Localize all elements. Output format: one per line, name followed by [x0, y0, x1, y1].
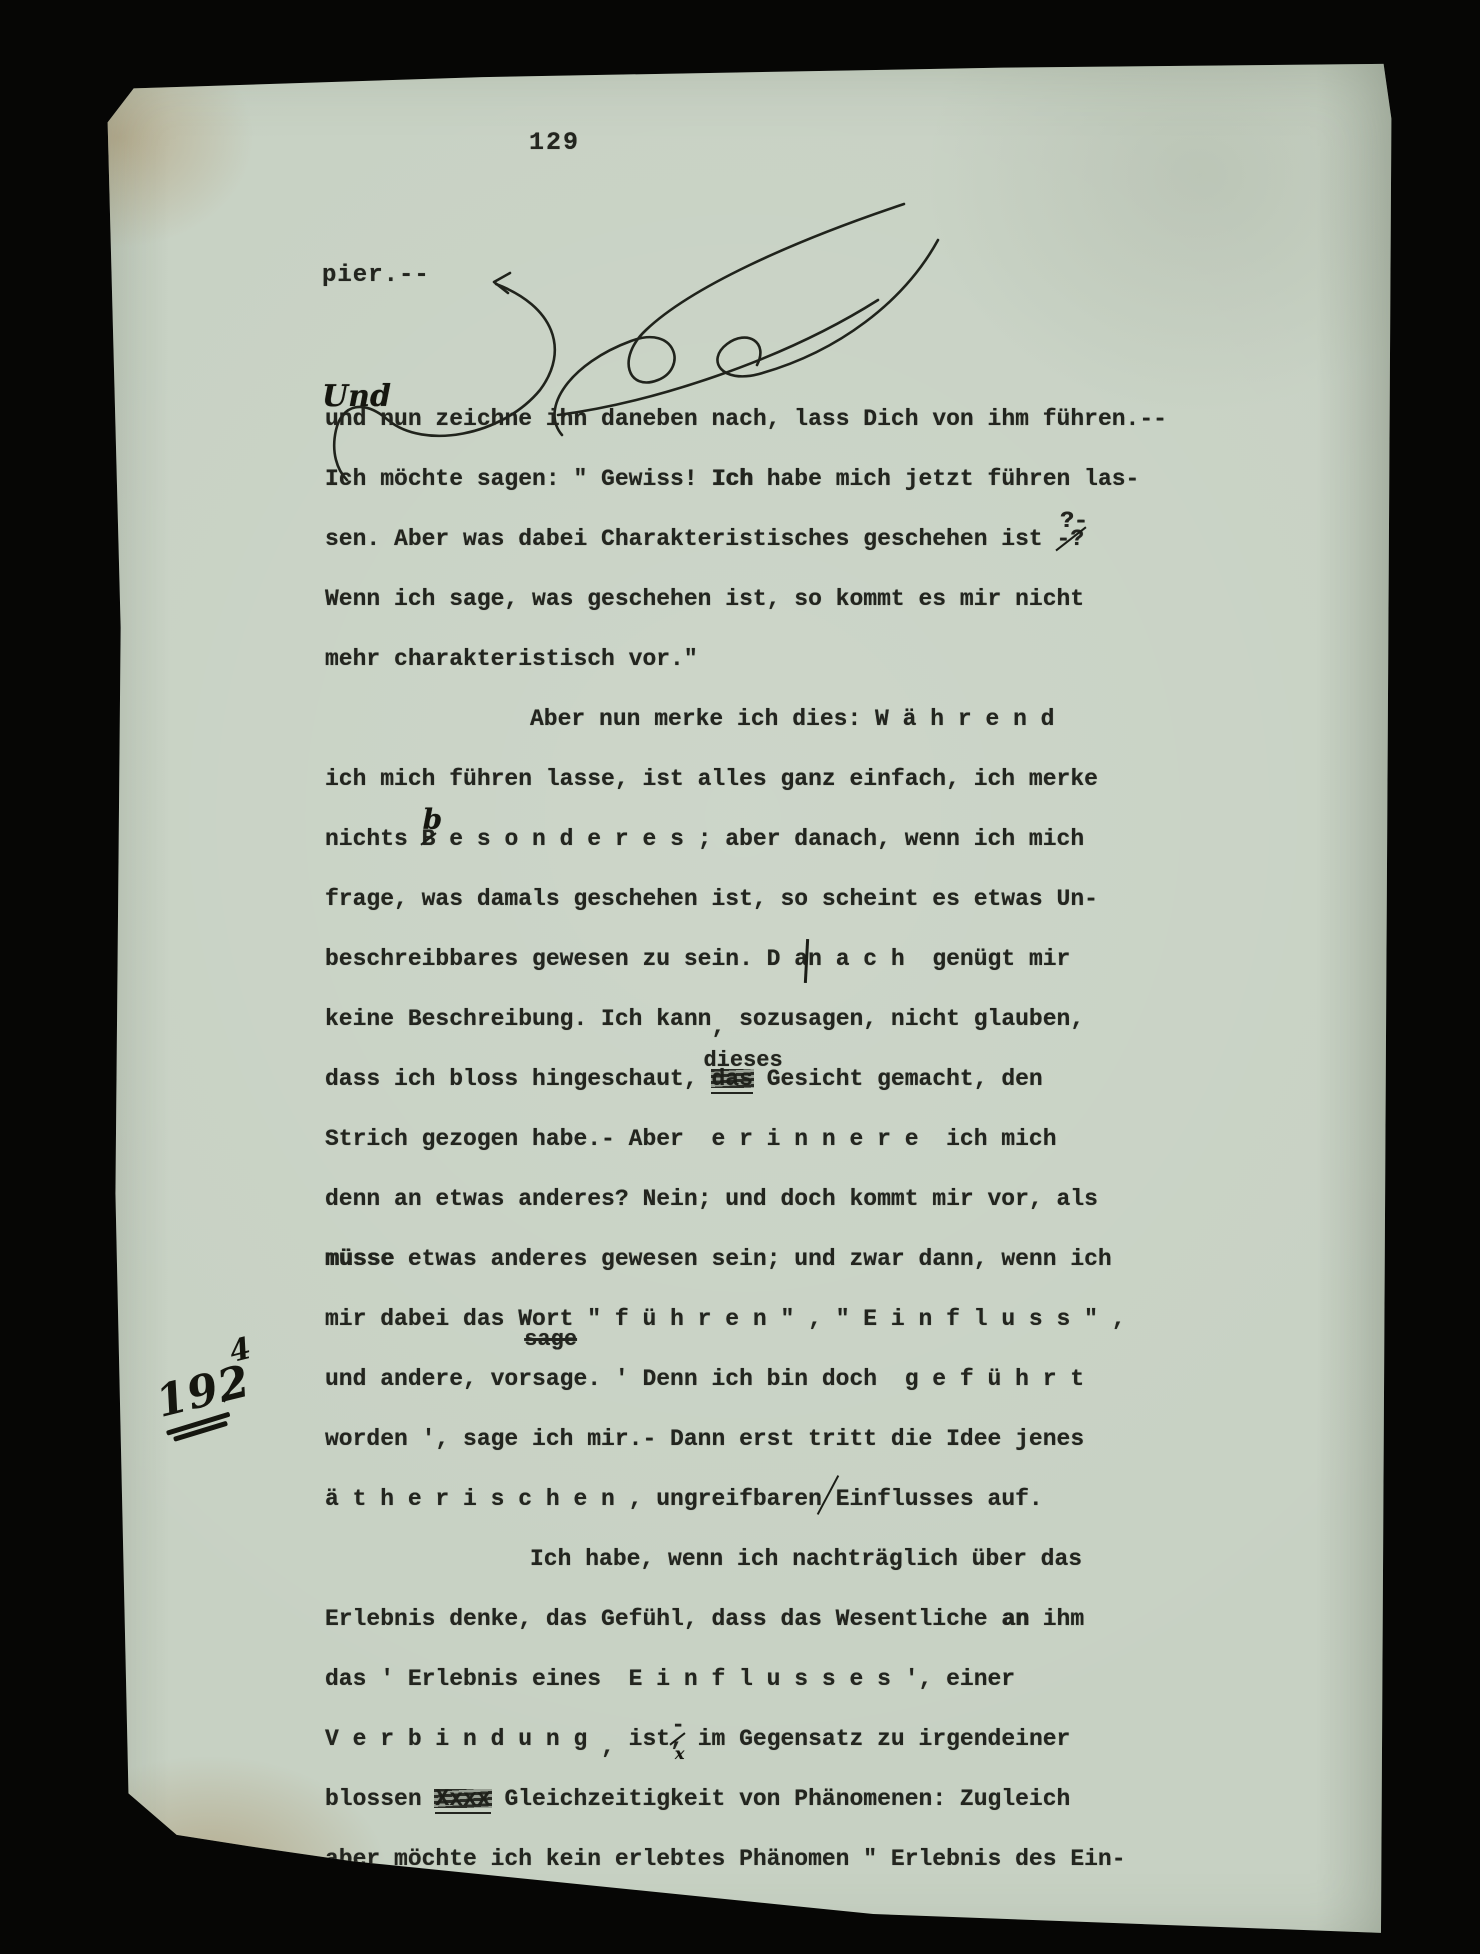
- text-segment: Wortsage: [518, 1306, 573, 1332]
- text-segment: ihm: [1029, 1606, 1084, 1632]
- text-segment: Bb: [422, 826, 436, 852]
- text-segment: dass ich bloss hingeschaut,: [325, 1066, 711, 1092]
- body-line-5: mehr charakteristisch vor.": [325, 646, 1167, 706]
- pier-label: pier.--: [322, 262, 430, 289]
- text-segment: mehr charakteristisch vor.": [325, 646, 698, 672]
- text-segment: genügt mir: [905, 946, 1071, 972]
- text-segment: sozusagen, nicht glauben,: [725, 1006, 1084, 1032]
- page-number: 129: [529, 128, 580, 157]
- body-line-18: worden ', sage ich mir.- Dann erst tritt…: [325, 1426, 1167, 1486]
- text-segment: keine Beschreibung. Ich kann: [325, 1006, 711, 1032]
- text-segment: frage, was damals geschehen ist, so sche…: [325, 886, 1098, 912]
- text-segment: ,: [711, 1014, 725, 1040]
- body-line-6: Aber nun merke ich dies: W ä h r e n d: [325, 706, 1167, 766]
- insertion-below: sage: [524, 1327, 577, 1352]
- body-line-9: frage, was damals geschehen ist, so sche…: [325, 886, 1167, 946]
- text-segment: nichts: [325, 826, 422, 852]
- body-line-19: ä t h e r i s c h e n , ungreifbaren Ein…: [325, 1486, 1167, 1546]
- text-segment: mir dabei das: [325, 1306, 518, 1332]
- text-segment: Gesicht gemacht, den: [753, 1066, 1043, 1092]
- text-segment: nun zeichne ihn daneben nach, lass Dich …: [366, 406, 1167, 432]
- text-segment: ist: [615, 1726, 670, 1752]
- text-segment: Ich möchte sagen: " Gewiss!: [325, 466, 711, 492]
- body-line-17: und andere, vorsage. ' Denn ich bin doch…: [325, 1366, 1167, 1426]
- text-segment: im Gegensatz zu irgendeiner: [684, 1726, 1070, 1752]
- text-segment: dasdieses: [711, 1066, 752, 1092]
- text-segment: V e r b i n d u n g: [325, 1726, 601, 1752]
- body-line-10: beschreibbares gewesen zu sein. D an a c…: [325, 946, 1167, 1006]
- manuscript-scan: 129 pier.-- undUnd nun zeichne ihn daneb…: [0, 0, 1480, 1954]
- text-segment: habe mich jetzt führen las-: [753, 466, 1139, 492]
- body-line-23: V e r b i n d u n g , ist,-x im Gegensat…: [325, 1726, 1167, 1786]
- text-segment: das ' Erlebnis eines E i n f l u s s e s…: [325, 1666, 1015, 1692]
- text-segment: ä t h e r i s c h e n , ungreifbaren: [325, 1486, 822, 1512]
- text-segment: worden ', sage ich mir.- Dann erst tritt…: [325, 1426, 1084, 1452]
- text-segment: Gleichzeitigkeit von Phänomenen: Zugleic…: [491, 1786, 1071, 1812]
- body-line-8: nichts Bb e s o n d e r e s ; aber danac…: [325, 826, 1167, 886]
- text-segment: denn an etwas anderes? Nein; und doch ko…: [325, 1186, 1098, 1212]
- flourish-stroke-1: [555, 204, 904, 435]
- body-line-24: blossen Xxxx Gleichzeitigkeit von Phänom…: [325, 1786, 1167, 1846]
- body-line-25: aber möchte ich kein erlebtes Phänomen "…: [325, 1846, 1167, 1906]
- text-segment: Xxxx: [435, 1786, 490, 1812]
- body-line-7: ich mich führen lasse, ist alles ganz ei…: [325, 766, 1167, 826]
- text-segment: beschreibbares gewesen zu sein. D a: [325, 946, 808, 972]
- text-segment: Ich: [711, 466, 752, 492]
- text-segment: [822, 1486, 836, 1512]
- text-segment: " f ü h r e n " , " E i n f l u s s " ,: [573, 1306, 1125, 1332]
- body-line-3: sen. Aber was dabei Charakteristisches g…: [325, 526, 1167, 586]
- body-line-2: Ich möchte sagen: " Gewiss! Ich habe mic…: [325, 466, 1167, 526]
- text-segment: an: [1001, 1606, 1029, 1632]
- text-segment: Wenn ich sage, was geschehen ist, so kom…: [325, 586, 1084, 612]
- text-segment: aber möchte ich kein erlebtes Phänomen "…: [325, 1846, 1126, 1872]
- body-line-15: müsse etwas anderes gewesen sein; und zw…: [325, 1246, 1167, 1306]
- margin-page-annotation: 4 192: [152, 1359, 259, 1441]
- text-segment: etwas anderes gewesen sein; und zwar dan…: [394, 1246, 1112, 1272]
- text-segment: Strich gezogen habe.- Aber e r i n n e r…: [325, 1126, 1057, 1152]
- insertion-above: -: [671, 1713, 684, 1738]
- flourish-stroke-3: [558, 300, 878, 415]
- text-segment: e s o n d e r e s ; aber danach, wenn ic…: [435, 826, 1084, 852]
- text-segment: ,: [601, 1734, 615, 1760]
- text-segment: Erlebnis denke, das Gefühl, dass das Wes…: [325, 1606, 1001, 1632]
- text-segment: sen. Aber was dabei Charakteristisches g…: [325, 526, 1057, 552]
- text-segment: Aber nun merke ich dies: W ä h r e n d: [530, 706, 1055, 732]
- text-segment: n a c h: [808, 946, 905, 972]
- body-line-20: Ich habe, wenn ich nachträglich über das: [325, 1546, 1167, 1606]
- body-line-21: Erlebnis denke, das Gefühl, dass das Wes…: [325, 1606, 1167, 1666]
- text-segment: Einflusses auf.: [836, 1486, 1043, 1512]
- text-segment: blossen: [325, 1786, 435, 1812]
- text-segment: ich mich führen lasse, ist alles ganz ei…: [325, 766, 1098, 792]
- text-segment: und andere, vorsage. ' Denn ich bin doch…: [325, 1366, 1084, 1392]
- text-segment: -??-: [1057, 526, 1085, 552]
- text-segment: müsse: [325, 1246, 394, 1272]
- body-line-16: mir dabei das Wortsage " f ü h r e n " ,…: [325, 1306, 1167, 1366]
- manuscript-page: 129 pier.-- undUnd nun zeichne ihn daneb…: [92, 62, 1394, 1948]
- body-line-1: undUnd nun zeichne ihn daneben nach, las…: [325, 406, 1167, 466]
- body-line-4: Wenn ich sage, was geschehen ist, so kom…: [325, 586, 1167, 646]
- body-line-13: Strich gezogen habe.- Aber e r i n n e r…: [325, 1126, 1167, 1186]
- body-line-12: dass ich bloss hingeschaut, dasdieses Ge…: [325, 1066, 1167, 1126]
- flourish-stroke-2: [717, 240, 938, 376]
- text-segment: ,-x: [670, 1726, 684, 1752]
- body-line-22: das ' Erlebnis eines E i n f l u s s e s…: [325, 1666, 1167, 1726]
- text-segment: undUnd: [325, 406, 366, 432]
- typed-body: undUnd nun zeichne ihn daneben nach, las…: [325, 406, 1167, 1906]
- insertion-above: ?-: [1060, 508, 1088, 534]
- hand-arrow-icon: [494, 273, 510, 293]
- body-line-14: denn an etwas anderes? Nein; und doch ko…: [325, 1186, 1167, 1246]
- text-segment: Ich habe, wenn ich nachträglich über das: [530, 1546, 1082, 1572]
